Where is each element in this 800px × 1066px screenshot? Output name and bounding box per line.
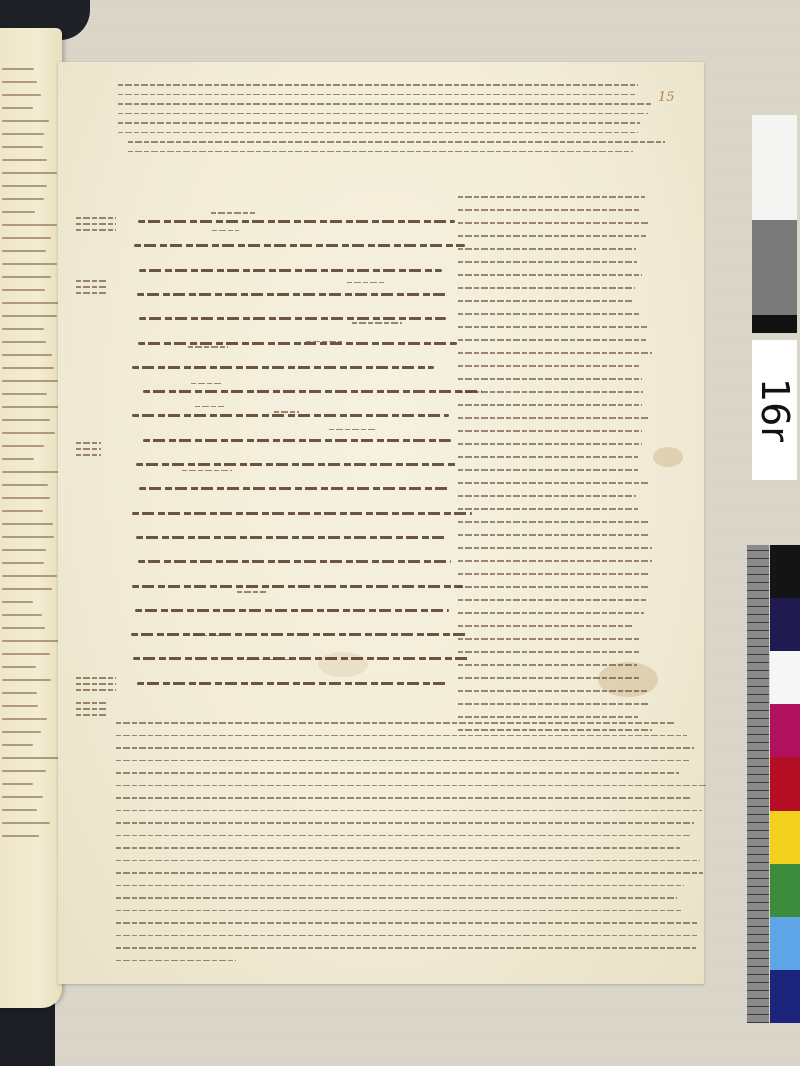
- main-text-line: [143, 439, 451, 442]
- scholia-line: [116, 810, 702, 812]
- facing-page-line: [2, 692, 37, 694]
- commentary-line: [458, 547, 652, 549]
- facing-page-line: [2, 354, 52, 356]
- facing-page-line: [2, 406, 60, 408]
- margin-gloss: [76, 280, 106, 282]
- color-patch: [770, 757, 800, 810]
- main-text-line: [137, 682, 446, 685]
- facing-page-line: [2, 809, 37, 811]
- commentary-line: [458, 417, 650, 419]
- folio-label: 16r: [753, 378, 797, 442]
- stain: [653, 447, 683, 467]
- facing-page-line: [2, 627, 45, 629]
- commentary-line: [458, 313, 641, 315]
- facing-page-line: [2, 731, 41, 733]
- color-patch: [770, 970, 800, 1023]
- scholia-line: [128, 141, 665, 143]
- facing-page-line: [2, 393, 47, 395]
- facing-page-line: [2, 497, 50, 499]
- facing-page-line: [2, 770, 46, 772]
- scholia-line: [116, 922, 697, 924]
- facing-page-line: [2, 81, 37, 83]
- facing-page-line: [2, 237, 51, 239]
- color-patch: [770, 545, 800, 598]
- scholia-line: [116, 835, 690, 837]
- facing-page-line: [2, 146, 43, 148]
- commentary-line: [458, 599, 646, 601]
- commentary-line: [458, 521, 648, 523]
- commentary-line: [458, 326, 647, 328]
- scholia-line: [118, 122, 640, 124]
- scholia-line: [116, 797, 690, 799]
- facing-page-line: [2, 68, 34, 70]
- main-text-line: [132, 366, 434, 369]
- scholia-line: [116, 872, 703, 874]
- color-checker: [770, 545, 800, 1023]
- facing-page-line: [2, 172, 57, 174]
- facing-page-line: [2, 562, 44, 564]
- main-text-line: [138, 220, 454, 223]
- scholia-line: [116, 747, 694, 749]
- commentary-line: [458, 365, 639, 367]
- scholia-line: [116, 860, 700, 862]
- commentary-line: [458, 378, 642, 380]
- scholia-line: [116, 897, 677, 899]
- facing-page-line: [2, 419, 50, 421]
- facing-page-line: [2, 796, 43, 798]
- commentary-line: [458, 625, 633, 627]
- commentary-line: [458, 638, 639, 640]
- scholia-line: [118, 84, 638, 86]
- facing-page-line: [2, 458, 34, 460]
- main-text-line: [132, 512, 471, 515]
- scholia-line: [118, 103, 653, 105]
- margin-gloss: [76, 689, 116, 691]
- commentary-line: [458, 716, 638, 718]
- interlinear-gloss: [352, 322, 402, 324]
- scholia-line: [116, 935, 697, 937]
- facing-page-line: [2, 757, 59, 759]
- commentary-line: [458, 443, 642, 445]
- main-text-line: [138, 342, 457, 345]
- color-patch: [770, 864, 800, 917]
- scholia-line: [116, 847, 680, 849]
- margin-gloss: [76, 286, 106, 288]
- facing-page-line: [2, 107, 33, 109]
- color-patch: [770, 651, 800, 704]
- black-patch: [752, 315, 797, 333]
- facing-page-line: [2, 224, 57, 226]
- scholia-line: [118, 94, 636, 96]
- commentary-line: [458, 612, 644, 614]
- color-patch: [770, 598, 800, 651]
- facing-page-line: [2, 484, 48, 486]
- facing-page-line: [2, 263, 57, 265]
- main-text-line: [143, 390, 482, 393]
- commentary-line: [458, 339, 646, 341]
- color-patch: [770, 704, 800, 757]
- facing-page-line: [2, 276, 51, 278]
- facing-page-line: [2, 94, 41, 96]
- commentary-line: [458, 300, 634, 302]
- commentary-line: [458, 248, 636, 250]
- manuscript-folio: 15: [58, 62, 704, 984]
- main-text-line: [132, 414, 450, 417]
- main-text-line: [138, 560, 451, 563]
- commentary-line: [458, 651, 640, 653]
- facing-page-line: [2, 250, 46, 252]
- facing-page-line: [2, 679, 51, 681]
- main-text-line: [139, 487, 450, 490]
- margin-gloss: [76, 683, 116, 685]
- margin-gloss: [76, 442, 101, 444]
- commentary-line: [458, 287, 635, 289]
- commentary-line: [458, 456, 638, 458]
- measurement-ruler: [747, 545, 769, 1023]
- stain: [318, 652, 368, 677]
- color-patch: [770, 811, 800, 864]
- facing-page-line: [2, 302, 59, 304]
- interlinear-gloss: [347, 282, 387, 284]
- interlinear-gloss: [212, 230, 239, 232]
- facing-page-line: [2, 718, 47, 720]
- scholia-line: [116, 910, 681, 912]
- facing-page-line: [2, 523, 53, 525]
- interlinear-gloss: [246, 659, 293, 661]
- margin-gloss: [76, 714, 106, 716]
- main-text-line: [139, 317, 445, 320]
- commentary-line: [458, 586, 648, 588]
- margin-gloss: [76, 292, 106, 294]
- facing-page-line: [2, 120, 49, 122]
- facing-page-line: [2, 614, 42, 616]
- commentary-line: [458, 469, 638, 471]
- margin-gloss: [76, 223, 116, 225]
- commentary-line: [458, 508, 638, 510]
- margin-gloss: [76, 448, 101, 450]
- main-text-line: [139, 269, 442, 272]
- interlinear-gloss: [188, 346, 228, 348]
- scholia-line: [116, 722, 676, 724]
- commentary-line: [458, 222, 648, 224]
- commentary-line: [458, 404, 642, 406]
- facing-page-line: [2, 341, 46, 343]
- commentary-line: [458, 274, 642, 276]
- main-text-line: [136, 463, 458, 466]
- commentary-line: [458, 352, 652, 354]
- margin-gloss: [76, 708, 106, 710]
- facing-page-line: [2, 328, 44, 330]
- facing-page-line: [2, 510, 43, 512]
- commentary-line: [458, 495, 636, 497]
- commentary-line: [458, 729, 652, 731]
- interlinear-gloss: [193, 635, 220, 637]
- commentary-line: [458, 482, 648, 484]
- main-text-line: [133, 657, 468, 660]
- scholia-line: [116, 760, 689, 762]
- scholia-line: [116, 947, 696, 949]
- interlinear-gloss: [195, 406, 223, 408]
- interlinear-gloss: [237, 591, 266, 593]
- main-text-line: [131, 633, 468, 636]
- facing-page-line: [2, 133, 44, 135]
- scholia-line: [118, 113, 648, 115]
- scholia-line: [116, 822, 694, 824]
- commentary-line: [458, 690, 647, 692]
- commentary-line: [458, 703, 648, 705]
- scholia-line: [128, 151, 633, 153]
- commentary-line: [458, 560, 652, 562]
- interlinear-gloss: [306, 341, 342, 343]
- commentary-line: [458, 209, 641, 211]
- facing-page-line: [2, 822, 50, 824]
- facing-page-line: [2, 588, 52, 590]
- facing-page-line: [2, 198, 44, 200]
- scholia-line: [116, 785, 706, 787]
- facing-page-line: [2, 289, 45, 291]
- commentary-line: [458, 534, 650, 536]
- commentary-line: [458, 261, 637, 263]
- scholia-line: [116, 772, 679, 774]
- commentary-line: [458, 391, 643, 393]
- main-text-line: [135, 609, 449, 612]
- facing-page-line: [2, 471, 59, 473]
- interlinear-gloss: [274, 411, 299, 413]
- interlinear-gloss: [329, 429, 376, 431]
- commentary-line: [458, 430, 642, 432]
- commentary-line: [458, 664, 637, 666]
- facing-page-line: [2, 705, 38, 707]
- white-patch: [752, 115, 797, 220]
- interlinear-gloss: [182, 470, 232, 472]
- facing-page-line: [2, 666, 36, 668]
- color-patch: [770, 917, 800, 970]
- facing-page-line: [2, 380, 58, 382]
- main-text-line: [132, 585, 463, 588]
- stain: [598, 662, 658, 697]
- margin-gloss: [76, 677, 116, 679]
- main-text-line: [136, 536, 445, 539]
- facing-page-line: [2, 575, 57, 577]
- main-text-line: [134, 244, 465, 247]
- facing-page-line: [2, 432, 55, 434]
- margin-gloss: [76, 454, 101, 456]
- scholia-line: [116, 960, 236, 962]
- facing-page-line: [2, 744, 33, 746]
- facing-page-line: [2, 601, 33, 603]
- main-text-line: [137, 293, 446, 296]
- facing-page-line: [2, 549, 46, 551]
- facing-page-line: [2, 783, 33, 785]
- commentary-line: [458, 573, 650, 575]
- facing-page-line: [2, 315, 57, 317]
- commentary-line: [458, 235, 646, 237]
- facing-page-line: [2, 159, 47, 161]
- commentary-line: [458, 196, 645, 198]
- interlinear-gloss: [191, 383, 223, 385]
- folio-number: 15: [658, 90, 675, 105]
- facing-page-line: [2, 185, 47, 187]
- facing-page-line: [2, 835, 39, 837]
- facing-page-line: [2, 445, 44, 447]
- scholia-line: [118, 132, 638, 134]
- interlinear-gloss: [211, 212, 255, 214]
- scholia-line: [116, 885, 684, 887]
- facing-page-line: [2, 536, 54, 538]
- commentary-line: [458, 677, 641, 679]
- facing-page-line: [2, 367, 54, 369]
- folio-label-card: 16r: [752, 340, 797, 480]
- margin-gloss: [76, 702, 106, 704]
- margin-gloss: [76, 217, 116, 219]
- margin-gloss: [76, 229, 116, 231]
- facing-page-line: [2, 211, 35, 213]
- scholia-line: [116, 735, 687, 737]
- facing-page-line: [2, 653, 50, 655]
- gray-patch: [752, 220, 797, 315]
- facing-page-edge: [0, 28, 62, 1008]
- facing-page-line: [2, 640, 60, 642]
